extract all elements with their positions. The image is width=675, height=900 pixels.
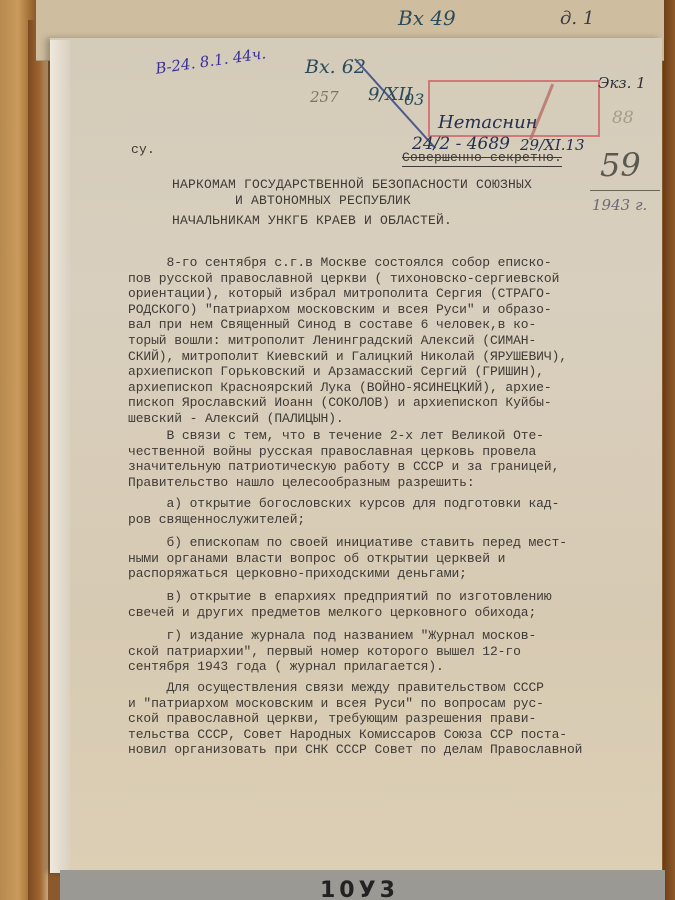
paragraph-item-b: б) епископам по своей инициативе ставить… — [128, 535, 648, 582]
typed-line: ской патриархии", первый номер которого … — [128, 644, 648, 660]
copy-number: Экз. 1 — [598, 74, 646, 92]
typed-line: новил организовать при СНК СССР Совет по… — [128, 742, 648, 758]
typed-line: шевский - Алексий (ПАЛИЦЫН). — [128, 411, 648, 427]
back-sheet-case-note: д. 1 — [560, 8, 594, 29]
typed-line: пов русской православной церкви ( тихоно… — [128, 271, 648, 287]
typed-line: тельства СССР, Совет Народных Комиссаров… — [128, 727, 648, 743]
paragraph-council: 8-го сентября с.г.в Москве состоялся соб… — [128, 255, 648, 427]
typed-line: ров священнослужителей; — [128, 512, 648, 528]
typed-line: пископ Ярославский Иоанн (СОКОЛОВ) и арх… — [128, 395, 648, 411]
typed-line: ными органами власти вопрос об открытии … — [128, 551, 648, 567]
recipient-line-2: И АВТОНОМНЫХ РЕСПУБЛИК — [235, 193, 411, 209]
back-sheet-incoming-note: Вх 49 — [398, 6, 456, 30]
typed-line: в) открытие в епархиях предприятий по из… — [128, 589, 648, 605]
typed-line: б) епископам по своей инициативе ставить… — [128, 535, 648, 551]
typed-line: сентября 1943 года ( журнал прилагается)… — [128, 659, 648, 675]
typed-line: РОДСКОГО) "патриархом московским и всея … — [128, 302, 648, 318]
page-fold — [50, 40, 70, 873]
typed-line: свечей и других предметов мелкого церков… — [128, 605, 648, 621]
folder-right-edge — [663, 0, 675, 900]
addressee-abbreviation: су. — [131, 142, 155, 158]
typed-line: архиепископ Горьковский и Арзамасский Се… — [128, 364, 648, 380]
faint-page-number: 88 — [612, 108, 634, 128]
typed-line: а) открытие богословских курсов для подг… — [128, 496, 648, 512]
typed-line: ориентации), который избрал митрополита … — [128, 286, 648, 302]
year-note: 1943 г. — [592, 196, 647, 214]
page-number-rule — [590, 190, 660, 191]
typed-line: ской православной церкви, требующим разр… — [128, 711, 648, 727]
archive-page-number: 59 — [600, 146, 641, 184]
typed-line: вал при нем Священный Синод в составе 6 … — [128, 317, 648, 333]
typed-line: 8-го сентября с.г.в Москве состоялся соб… — [128, 255, 648, 271]
typed-line: г) издание журнала под названием "Журнал… — [128, 628, 648, 644]
typed-line: Для осуществления связи между правительс… — [128, 680, 648, 696]
classification-mark: Совершенно секретно. — [402, 150, 562, 167]
stamp-code: 03 — [404, 90, 424, 109]
recipient-line-3: НАЧАЛЬНИКАМ УНКГБ КРАЕВ И ОБЛАСТЕЙ. — [172, 213, 452, 229]
stamp-signature: Нетаснин — [438, 112, 538, 133]
typed-line: распоряжаться церковно-приходскими деньг… — [128, 566, 648, 582]
recipient-line-1: НАРКОМАМ ГОСУДАРСТВЕННОЙ БЕЗОПАСНОСТИ СО… — [172, 177, 532, 193]
paragraph-liaison-council: Для осуществления связи между правительс… — [128, 680, 648, 758]
faded-number: 257 — [310, 88, 339, 106]
typed-line: значительную патриотическую работу в ССС… — [128, 459, 648, 475]
paragraph-patriotic-work: В связи с тем, что в течение 2-х лет Вел… — [128, 428, 648, 490]
folder-binding — [28, 20, 48, 900]
typed-line: СКИЙ), митрополит Киевский и Галицкий Ни… — [128, 349, 648, 365]
paragraph-item-a: а) открытие богословских курсов для подг… — [128, 496, 648, 527]
folder-label: 10У3 — [320, 878, 399, 900]
typed-line: Правительство нашло целесообразным разре… — [128, 475, 648, 491]
typed-line: архиепископ Красноярский Лука (ВОЙНО-ЯСИ… — [128, 380, 648, 396]
typed-line: и "патриархом московским и всея Руси" по… — [128, 696, 648, 712]
paragraph-item-d: г) издание журнала под названием "Журнал… — [128, 628, 648, 675]
typed-line: чественной войны русская православная це… — [128, 444, 648, 460]
typed-line: торый вошли: митрополит Ленинградский Ал… — [128, 333, 648, 349]
typed-line: В связи с тем, что в течение 2-х лет Вел… — [128, 428, 648, 444]
paragraph-item-c: в) открытие в епархиях предприятий по из… — [128, 589, 648, 620]
